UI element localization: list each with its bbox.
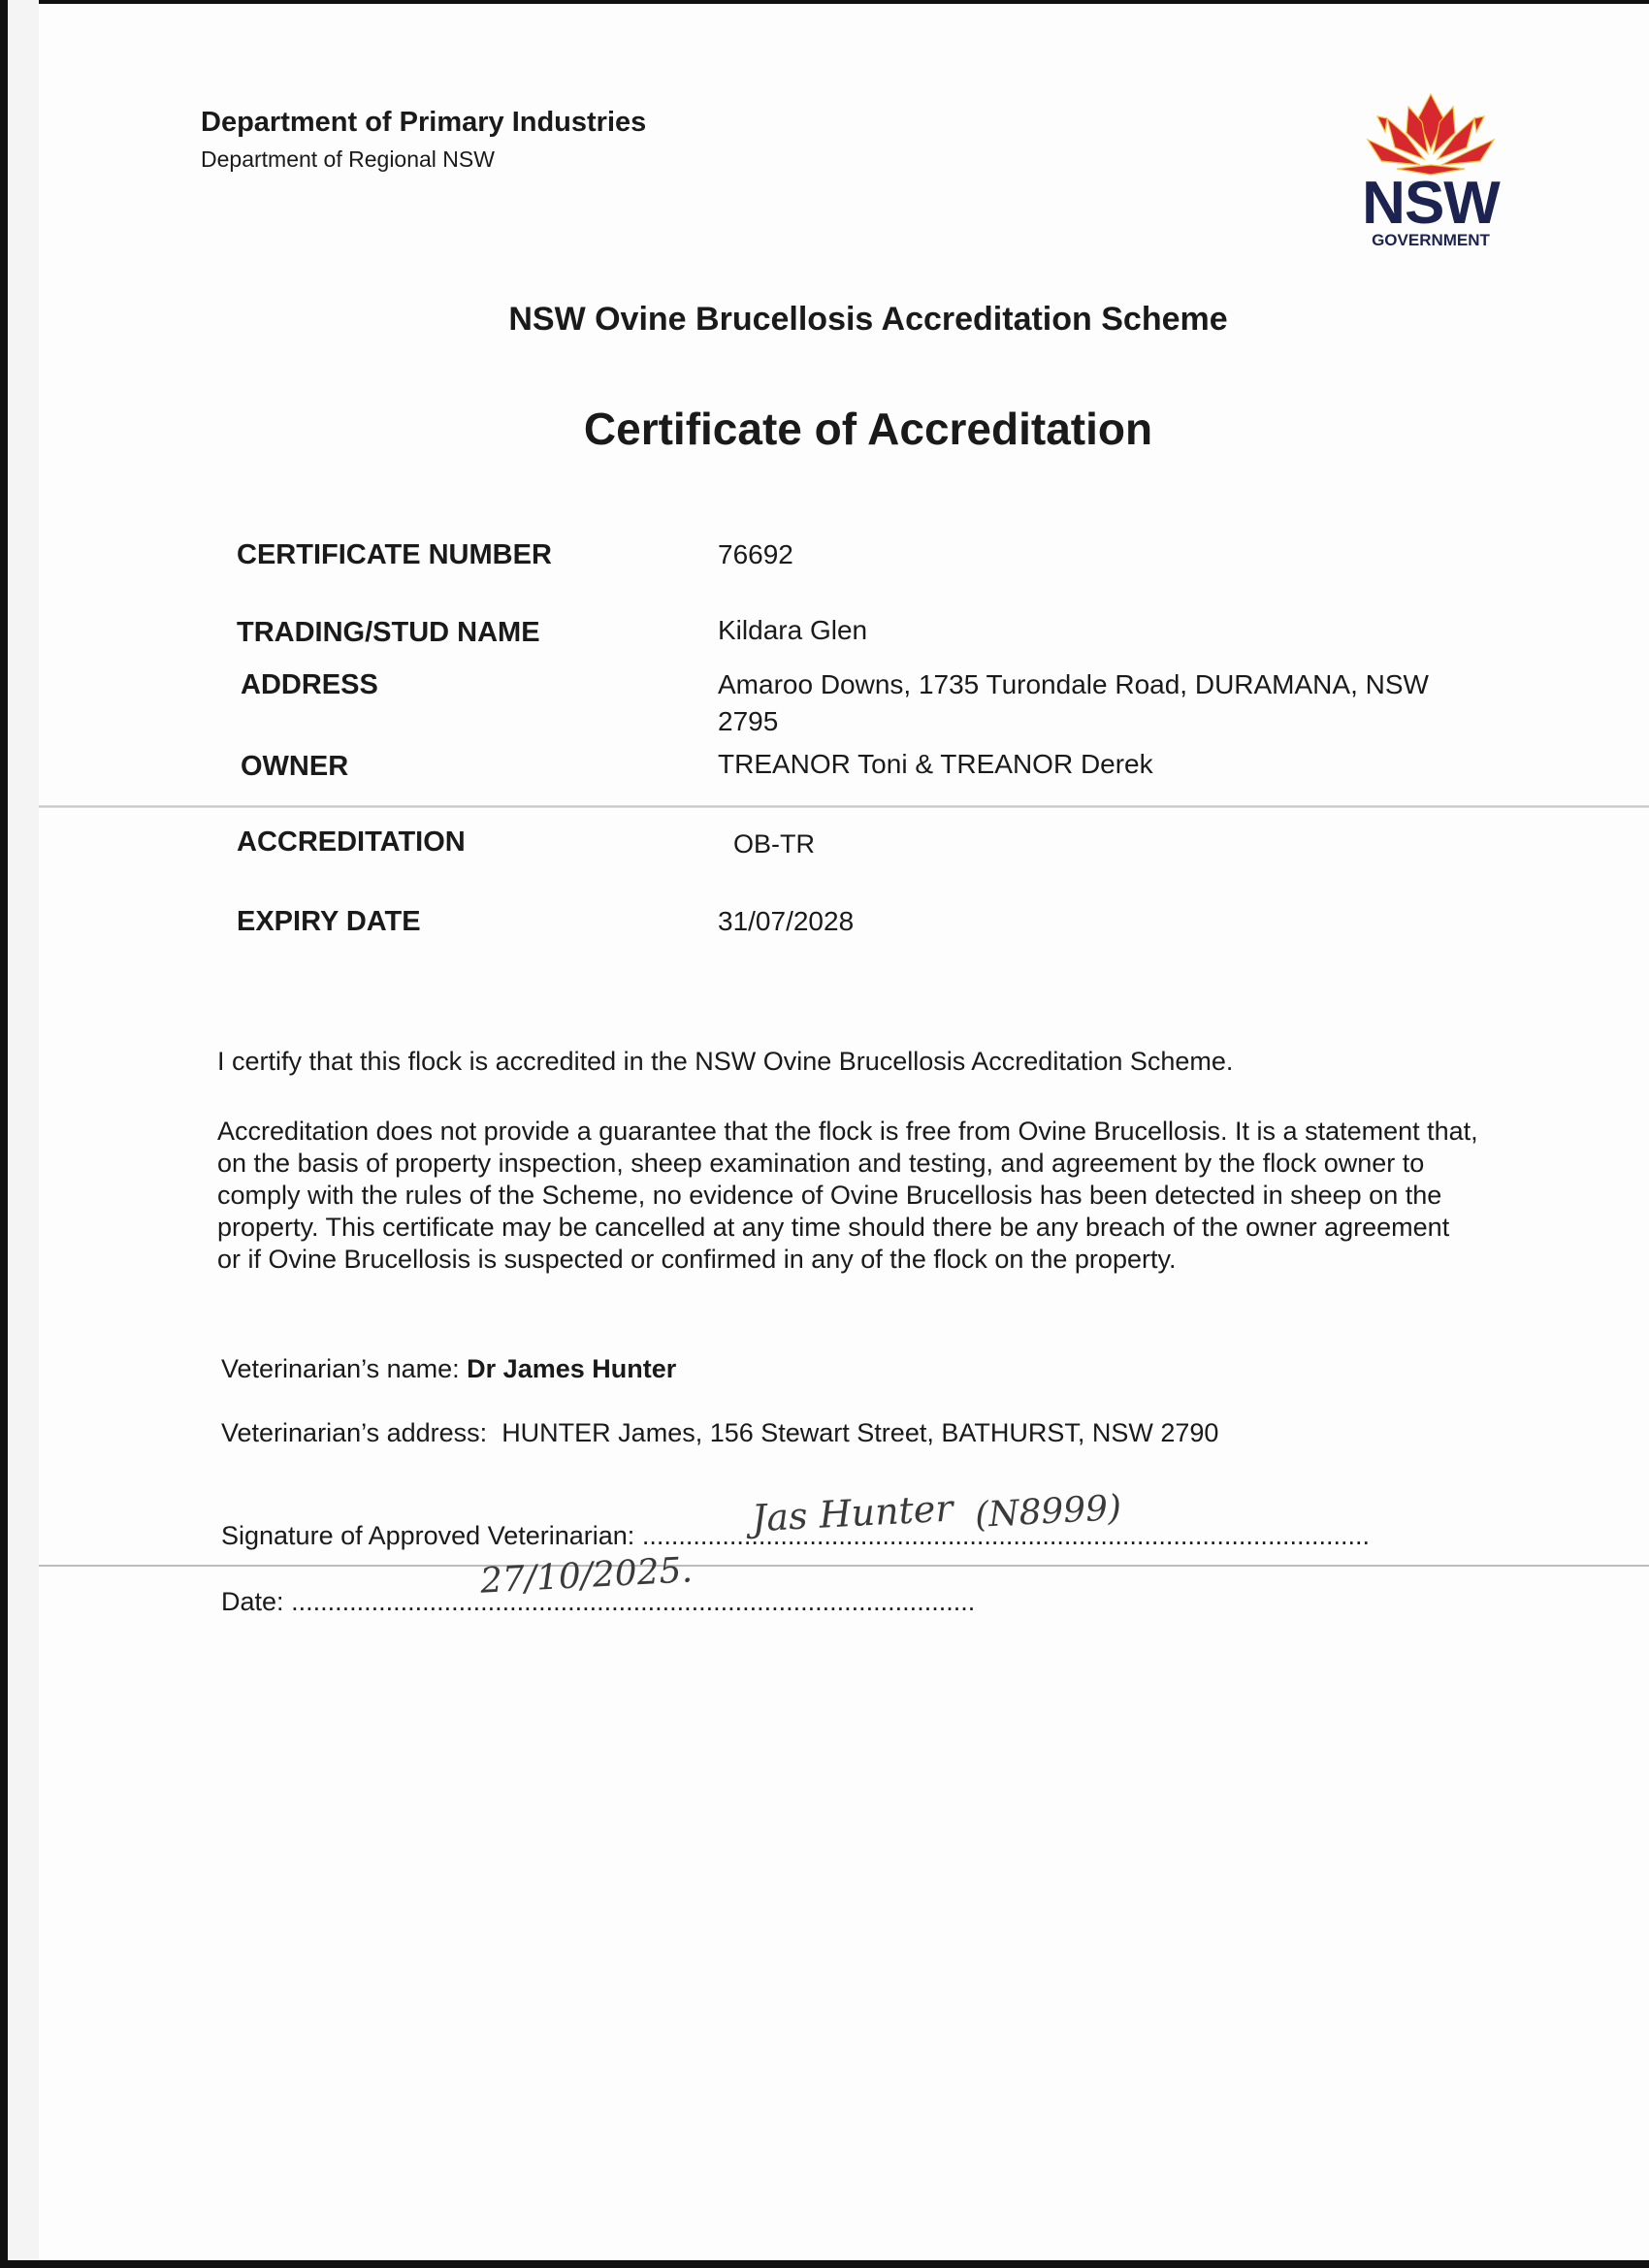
owner-label: OWNER — [241, 751, 348, 783]
expiry-date-value: 31/07/2028 — [718, 904, 854, 939]
certification-statement: I certify that this flock is accredited … — [217, 1046, 1478, 1078]
department-header: Department of Primary Industries Departm… — [201, 107, 646, 173]
certificate-title: Certificate of Accreditation — [0, 403, 1649, 455]
paper-fold-line — [39, 805, 1649, 808]
scan-border-bottom — [0, 2260, 1649, 2268]
veterinarian-name: Dr James Hunter — [467, 1354, 676, 1383]
owner-value: TREANOR Toni & TREANOR Derek — [718, 747, 1153, 782]
signature-label: Signature of Approved Veterinarian: — [221, 1521, 634, 1550]
logo-subtext: GOVERNMENT — [1353, 231, 1508, 250]
accreditation-disclaimer: Accreditation does not provide a guarant… — [217, 1116, 1478, 1276]
address-value-line2: 2795 — [718, 704, 778, 739]
veterinarian-address-row: Veterinarian’s address: HUNTER James, 15… — [221, 1418, 1218, 1448]
trading-name-label: TRADING/STUD NAME — [237, 617, 540, 649]
accreditation-value: OB-TR — [733, 826, 815, 861]
accreditation-label: ACCREDITATION — [237, 826, 466, 859]
nsw-government-logo: NSW GOVERNMENT — [1353, 89, 1508, 250]
veterinarian-name-label: Veterinarian’s name: — [221, 1354, 460, 1383]
scan-border-left — [0, 0, 8, 2268]
scheme-title: NSW Ovine Brucellosis Accreditation Sche… — [0, 301, 1649, 339]
trading-name-value: Kildara Glen — [718, 613, 867, 648]
scan-margin — [8, 0, 39, 2268]
veterinarian-address-label: Veterinarian’s address: — [221, 1418, 487, 1447]
address-value: Amaroo Downs, 1735 Turondale Road, DURAM… — [718, 667, 1429, 702]
handwritten-vet-number: (N8999) — [974, 1488, 1122, 1536]
scan-border-top — [0, 0, 1649, 4]
paper-fold-line — [39, 1565, 1649, 1567]
veterinarian-address: HUNTER James, 156 Stewart Street, BATHUR… — [501, 1418, 1218, 1447]
department-secondary: Department of Regional NSW — [201, 146, 646, 173]
expiry-date-label: EXPIRY DATE — [237, 906, 421, 938]
address-label: ADDRESS — [241, 669, 378, 701]
certificate-number-label: CERTIFICATE NUMBER — [237, 539, 552, 571]
veterinarian-name-row: Veterinarian’s name: Dr James Hunter — [221, 1354, 676, 1384]
logo-wordmark: NSW — [1353, 177, 1508, 231]
certificate-number-value: 76692 — [718, 537, 793, 572]
waratah-flower-icon — [1358, 89, 1503, 177]
department-primary: Department of Primary Industries — [201, 107, 646, 139]
date-label: Date: — [221, 1587, 284, 1616]
